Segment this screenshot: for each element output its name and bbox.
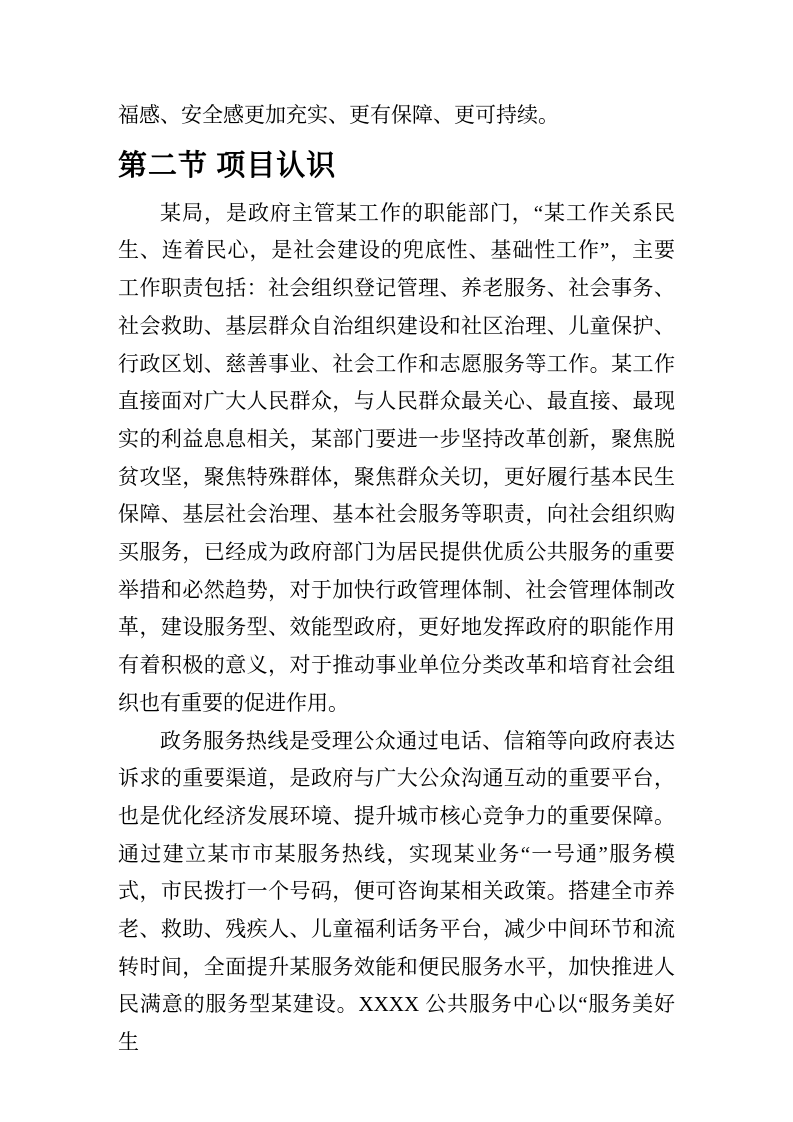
text-line: 也是优化经济发展环境、提升城市核心竞争力的重要保障。 [118,798,675,836]
document-page: 福感、安全感更加充实、更有保障、更可持续。 第二节 项目认识 某局，是政府主管某… [0,0,793,1122]
text-line: 式，市民拨打一个号码，便可咨询某相关政策。搭建全市养 [118,873,675,911]
text-line: 民满意的服务型某建设。XXXX 公共服务中心以“服务美好生 [118,986,675,1061]
continuation-line: 福感、安全感更加充实、更有保障、更可持续。 [118,97,675,135]
text-line: 有着积极的意义，对于推动事业单位分类改革和培育社会组 [118,647,675,685]
text-line: 买服务，已经成为政府部门为居民提供优质公共服务的重要 [118,534,675,572]
text-line: 工作职责包括：社会组织登记管理、养老服务、社会事务、 [118,270,675,308]
text-line: 织也有重要的促进作用。 [118,685,675,723]
text-line: 保障、基层社会治理、基本社会服务等职责，向社会组织购 [118,496,675,534]
text-line: 贫攻坚，聚焦特殊群体，聚焦群众关切，更好履行基本民生 [118,459,675,497]
text-line: 生、连着民心，是社会建设的兜底性、基础性工作”，主要 [118,232,675,270]
text-line: 行政区划、慈善事业、社会工作和志愿服务等工作。某工作 [118,346,675,384]
text-line: 直接面对广大人民群众，与人民群众最关心、最直接、最现 [118,383,675,421]
text-line: 政务服务热线是受理公众通过电话、信箱等向政府表达 [118,723,675,761]
paragraph: 政务服务热线是受理公众通过电话、信箱等向政府表达诉求的重要渠道，是政府与广大公众… [118,723,675,1062]
text-line: 社会救助、基层群众自治组织建设和社区治理、儿童保护、 [118,308,675,346]
text-line: 老、救助、残疾人、儿童福利话务平台，减少中间环节和流 [118,911,675,949]
text-line: 通过建立某市市某服务热线，实现某业务“一号通”服务模 [118,836,675,874]
text-line: 某局，是政府主管某工作的职能部门，“某工作关系民 [118,195,675,233]
text-line: 革，建设服务型、效能型政府，更好地发挥政府的职能作用 [118,609,675,647]
text-line: 转时间，全面提升某服务效能和便民服务水平，加快推进人 [118,949,675,987]
text-line: 诉求的重要渠道，是政府与广大公众沟通互动的重要平台， [118,760,675,798]
text-line: 实的利益息息相关，某部门要进一步坚持改革创新，聚焦脱 [118,421,675,459]
document-content: 福感、安全感更加充实、更有保障、更可持续。 第二节 项目认识 某局，是政府主管某… [118,97,675,1062]
paragraph: 某局，是政府主管某工作的职能部门，“某工作关系民生、连着民心，是社会建设的兜底性… [118,195,675,723]
text-line: 举措和必然趋势，对于加快行政管理体制、社会管理体制改 [118,572,675,610]
section-heading: 第二节 项目认识 [118,146,675,186]
paragraphs: 某局，是政府主管某工作的职能部门，“某工作关系民生、连着民心，是社会建设的兜底性… [118,195,675,1062]
